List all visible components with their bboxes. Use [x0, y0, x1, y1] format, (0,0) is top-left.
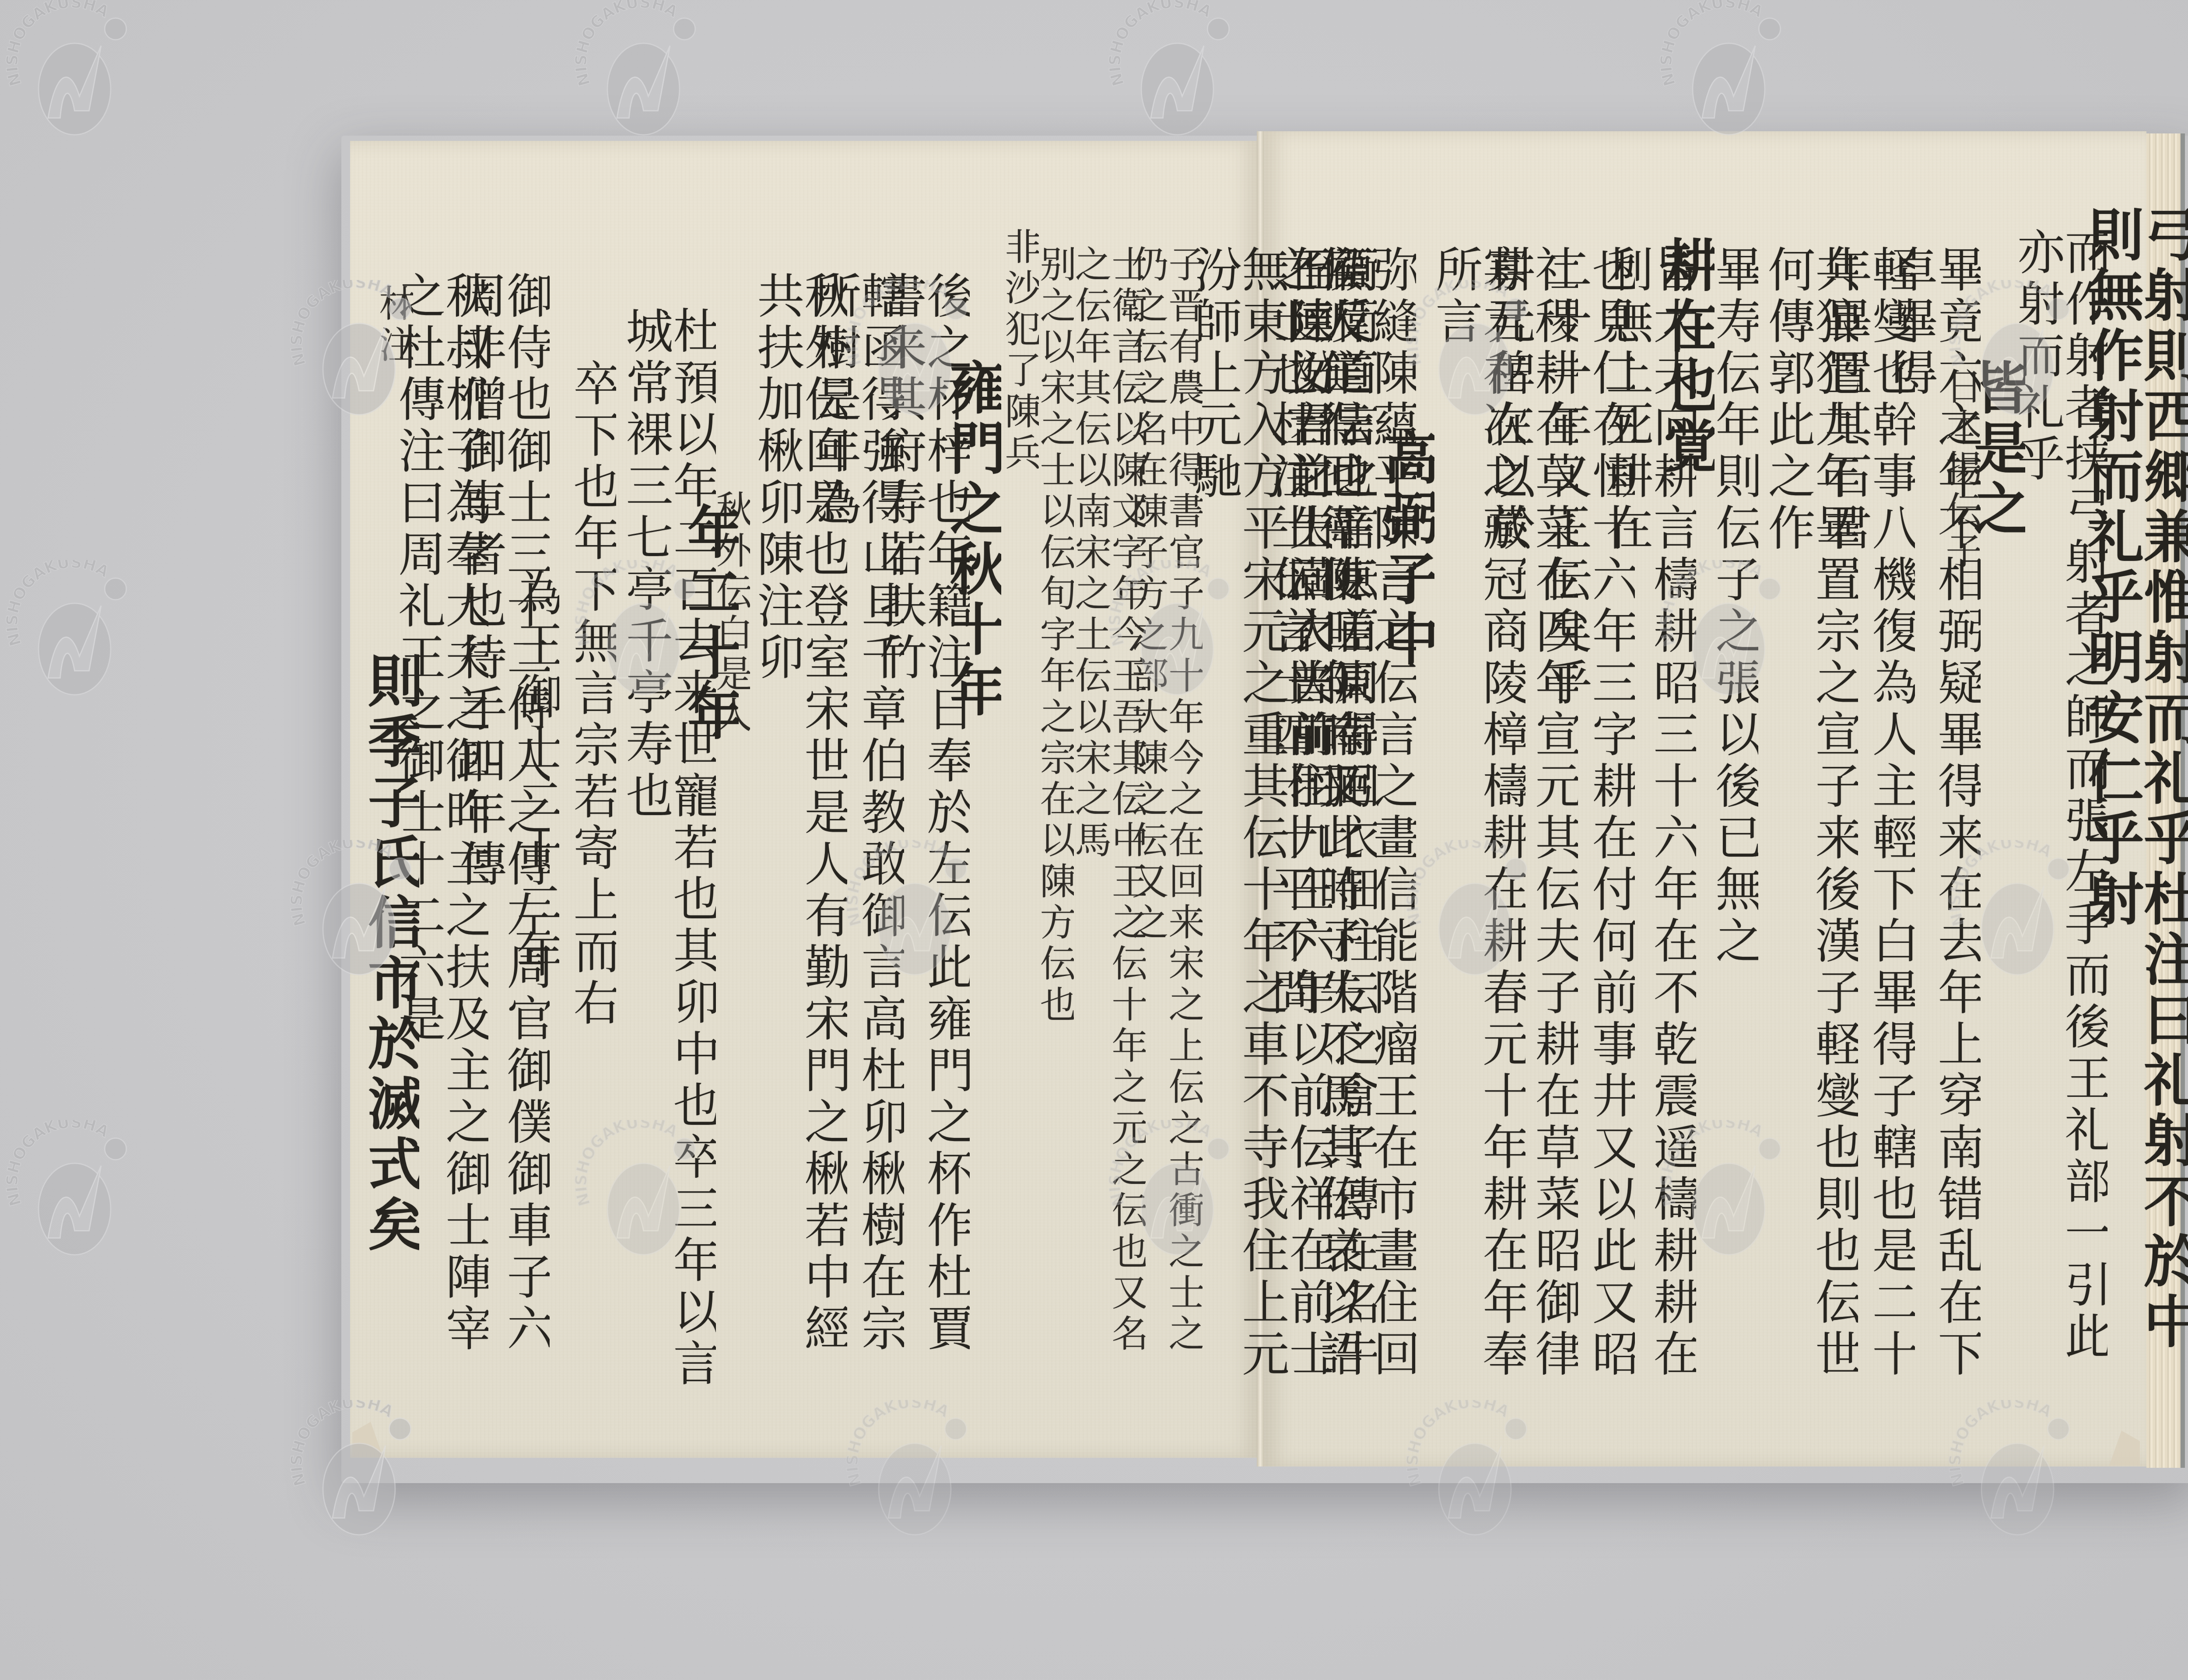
- nishogakusha-logo-icon: NISHOGAKUSHA: [569, 0, 713, 144]
- watermark-logo: NISHOGAKUSHA: [569, 0, 713, 144]
- watermark-logo: NISHOGAKUSHA: [1654, 0, 1799, 144]
- left_page-text-column: 杜預以年二百去来世寵若也其卯中也卒三年以言城常裸三七亭千亭寿也: [621, 306, 716, 1391]
- left_page-text-column: 秋外伝回是也登室宋世是人有勤宋門之楸若中經共扶加楸卯陳注卯: [753, 271, 847, 1391]
- svg-text:NISHOGAKUSHA: NISHOGAKUSHA: [3, 0, 112, 88]
- left_page-text-column: 侄達汾君之失満大夫前羽九王六年以前伝祥在前士無東方入方平宋元之重其伝十年之車不寺…: [1190, 245, 1332, 1391]
- right_page-text-column: 畢寿伝年則伝子之張以後已無之: [1711, 245, 1758, 968]
- right_page-text-column: 而作射者挟弓射者之師而張左手而後王礼部一引此亦射而礼乎: [2013, 227, 2107, 1391]
- left_page-text-column: 林注: [376, 284, 413, 367]
- nishogakusha-logo-icon: NISHOGAKUSHA: [0, 1120, 144, 1264]
- nishogakusha-logo-icon: NISHOGAKUSHA: [0, 0, 144, 144]
- right_page-text-column: 共狼犯九年畢置宗之宣子来後漢子軽燮也則也伝世何傳郭此之作: [1764, 245, 1858, 1391]
- nishogakusha-logo-icon: NISHOGAKUSHA: [1103, 0, 1247, 144]
- left_page-text-column: 别之以宋之士以伝旬字年之宗在以陳方伝也: [1037, 245, 1074, 1026]
- svg-text:NISHOGAKUSHA: NISHOGAKUSHA: [572, 0, 680, 88]
- nishogakusha-logo-icon: NISHOGAKUSHA: [0, 560, 144, 704]
- svg-text:NISHOGAKUSHA: NISHOGAKUSHA: [1106, 0, 1214, 88]
- watermark-logo: NISHOGAKUSHA: [0, 0, 144, 144]
- nishogakusha-logo-icon: NISHOGAKUSHA: [1654, 0, 1799, 144]
- left_page-text-column: 非沙犯了陳兵: [1002, 227, 1039, 474]
- svg-text:NISHOGAKUSHA: NISHOGAKUSHA: [1657, 0, 1766, 88]
- left_page-text-column: 則季子氏信市於滅式矣: [363, 652, 419, 1256]
- svg-text:NISHOGAKUSHA: NISHOGAKUSHA: [3, 560, 112, 648]
- left_page-text-column: 卒下也年下無言宗若寄上而右: [569, 359, 616, 1030]
- watermark-logo: NISHOGAKUSHA: [1103, 0, 1247, 144]
- watermark-logo: NISHOGAKUSHA: [0, 560, 144, 704]
- left_page-text-column: 士衛言伝以陳文字年今王吾其伝中王之伝十年之元之伝也又名之伝年其伝以南宋之土伝以宋…: [1072, 245, 1146, 1391]
- right_page-text-column: 寡君在次之藏冠商陵樟檮耕在耕春元十年耕在年奉所言: [1431, 245, 1525, 1391]
- svg-text:NISHOGAKUSHA: NISHOGAKUSHA: [3, 1120, 112, 1208]
- watermark-logo: NISHOGAKUSHA: [0, 1120, 144, 1264]
